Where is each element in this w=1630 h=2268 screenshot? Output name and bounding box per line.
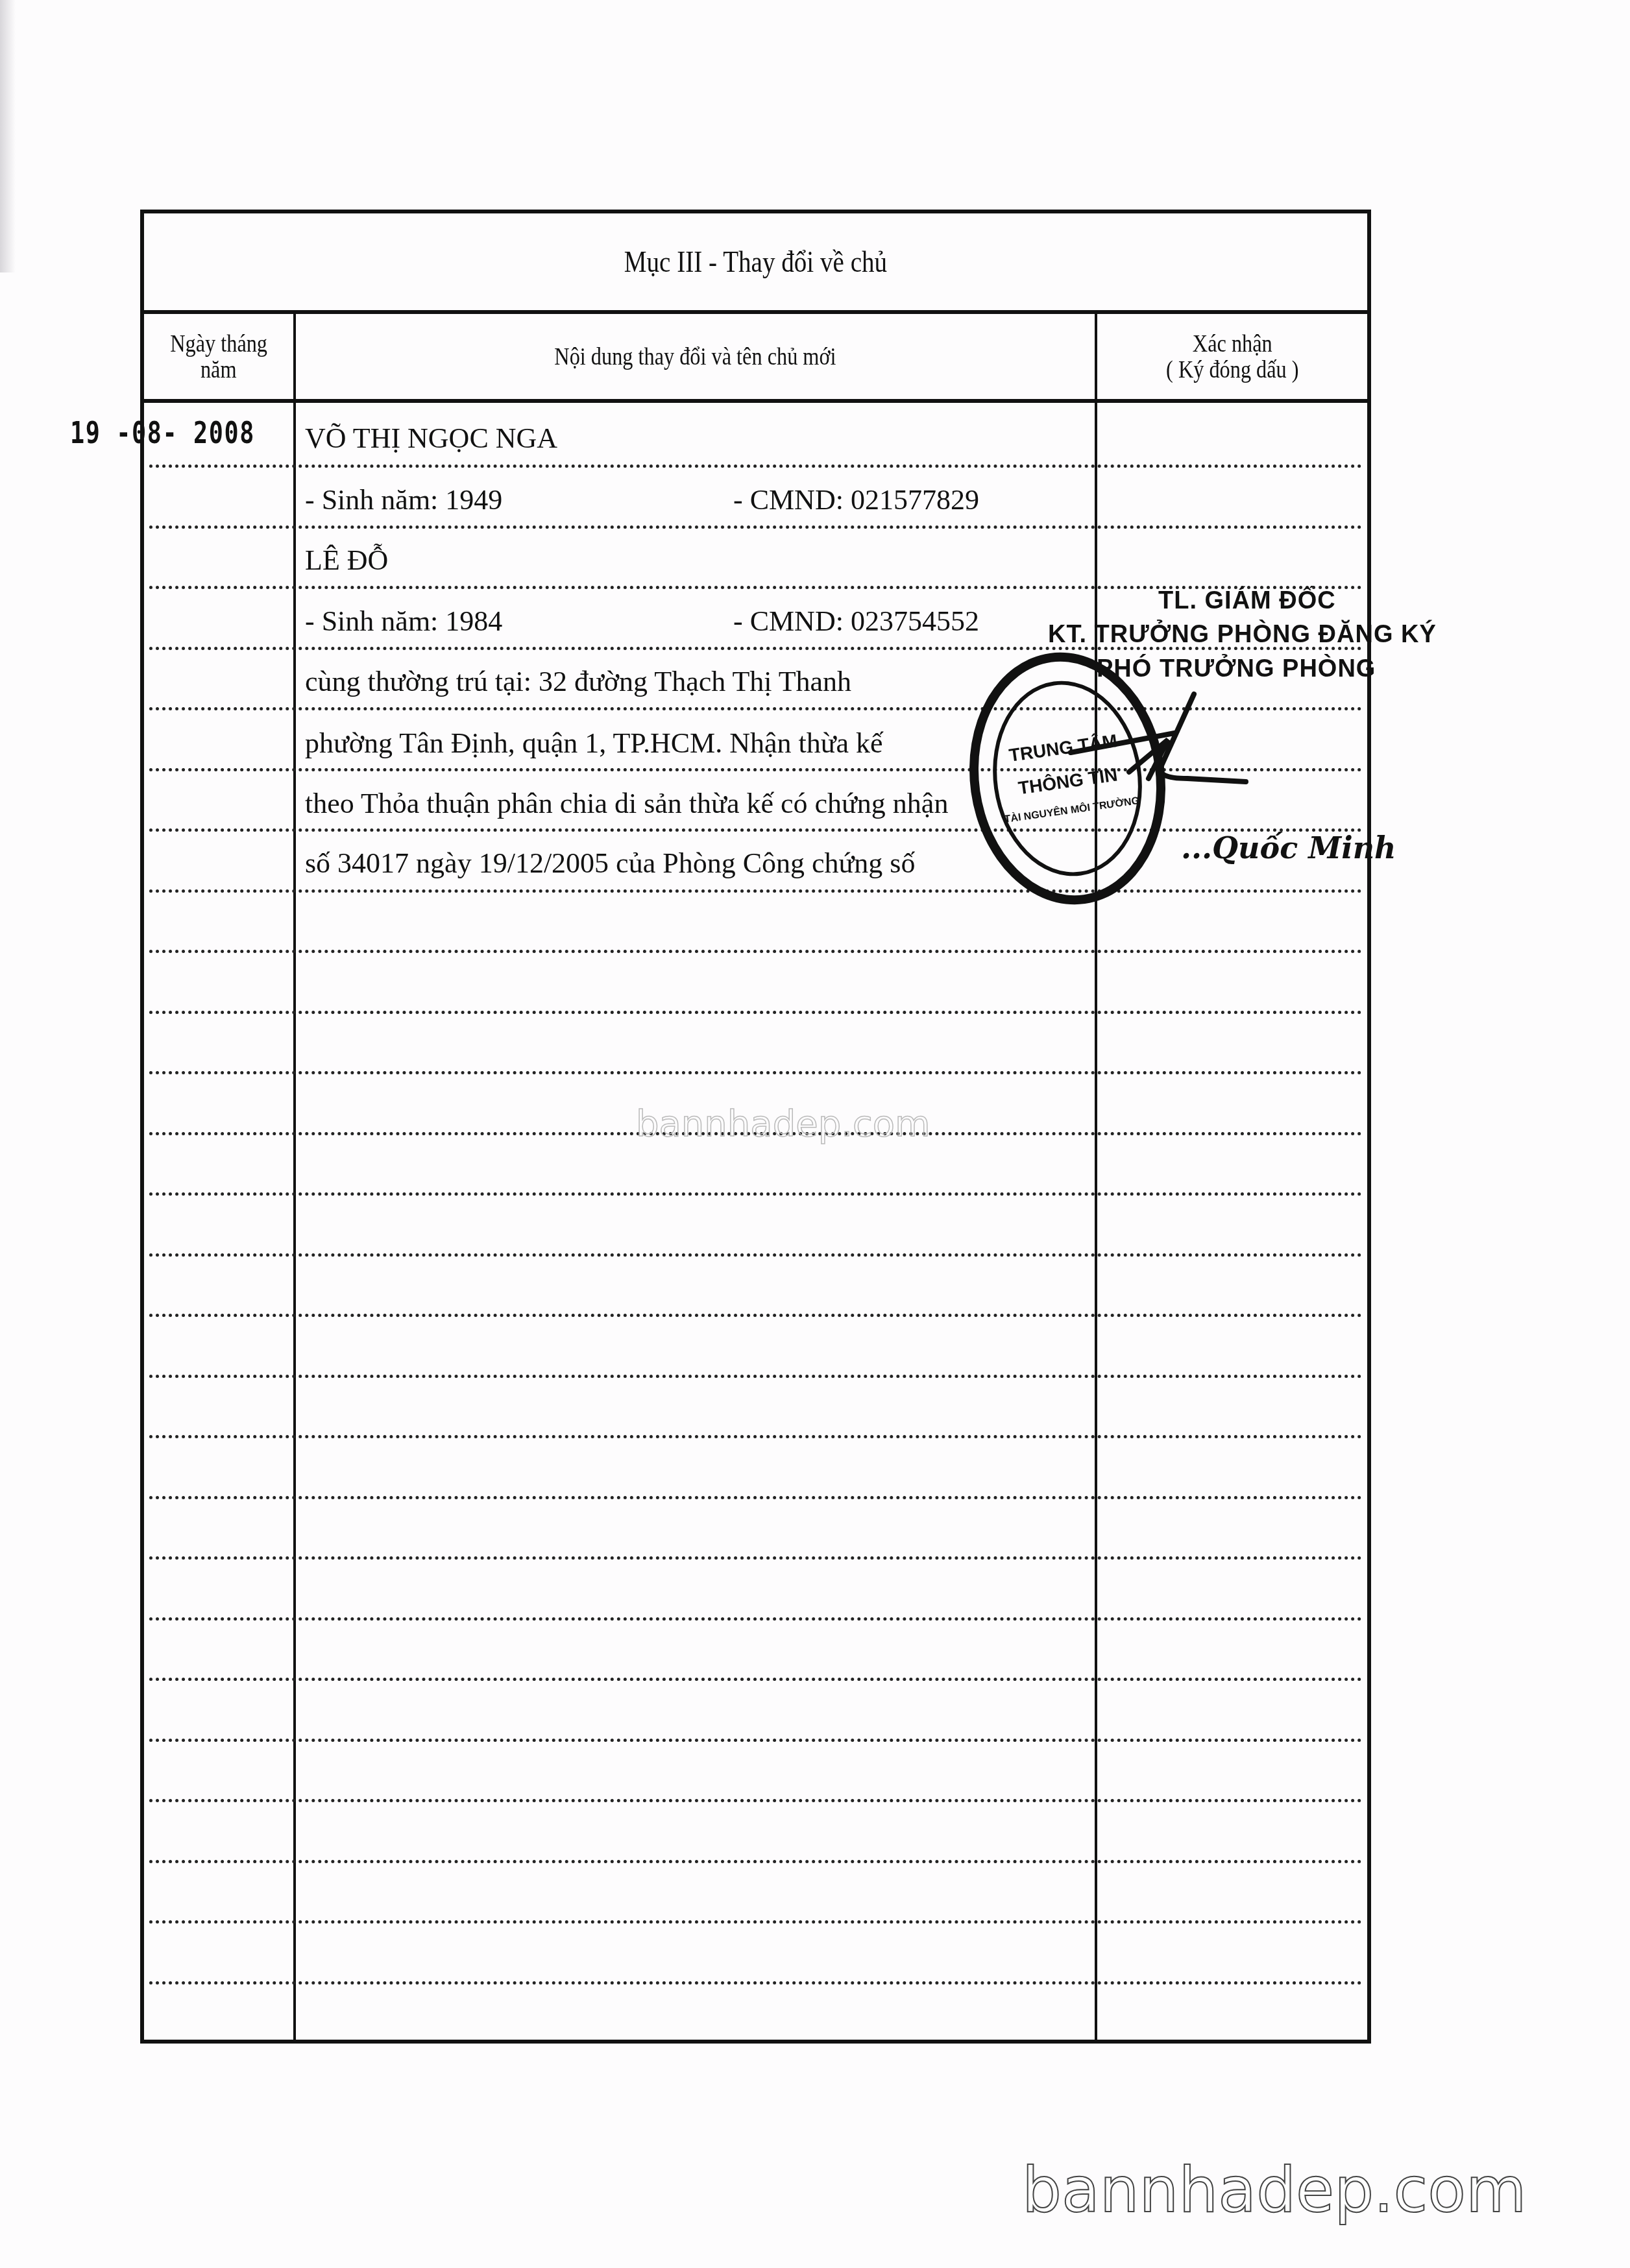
dotted-line (149, 1011, 1362, 1014)
header-confirm-line2: ( Ký đóng dấu ) (1166, 357, 1299, 383)
owner-name-2: LÊ ĐỖ (305, 544, 388, 577)
dotted-line (149, 1981, 1362, 1984)
inheritance-line-2: số 34017 ngày 19/12/2005 của Phòng Công … (305, 847, 915, 880)
scan-page-edge (0, 0, 16, 272)
dotted-line (149, 1678, 1362, 1681)
header-date-line2: năm (201, 357, 237, 383)
section-title: Mục III - Thay đổi về chủ (624, 245, 887, 279)
header-date: Ngày tháng năm (144, 314, 293, 399)
handwritten-signature (1058, 681, 1356, 785)
dotted-line (149, 889, 1362, 893)
dotted-line (149, 464, 1362, 468)
dotted-line (149, 1375, 1362, 1378)
dotted-line (149, 1314, 1362, 1317)
watermark-bottom: bannhadep.com (1022, 2154, 1527, 2226)
header-date-line1: Ngày tháng (170, 331, 267, 357)
dotted-line (149, 1496, 1362, 1499)
dotted-line (149, 1920, 1362, 1924)
dotted-line (149, 1617, 1362, 1621)
dotted-line (149, 1253, 1362, 1257)
address-line-2: phường Tân Định, quận 1, TP.HCM. Nhận th… (305, 727, 883, 760)
dotted-line (149, 1192, 1362, 1196)
owner-id-1: - CMND: 021577829 (733, 483, 979, 516)
signature-title-1: TL. GIÁM ĐỐC (1158, 587, 1336, 615)
dotted-line (149, 1071, 1362, 1074)
signature-title-3: PHÓ TRƯỞNG PHÒNG (1097, 655, 1376, 683)
owner-birth-1: - Sinh năm: 1949 (305, 483, 502, 516)
signer-name: ...Quốc Minh (1181, 830, 1396, 865)
section-title-row: Mục III - Thay đổi về chủ (144, 213, 1367, 314)
watermark-middle: bannhadep.com (636, 1103, 931, 1145)
owner-name-1: VÕ THỊ NGỌC NGA (305, 422, 557, 455)
dotted-line (149, 828, 1362, 832)
dotted-line (149, 1556, 1362, 1560)
dotted-line (149, 950, 1362, 953)
entry-date: 19 -08- 2008 (70, 415, 255, 450)
inheritance-line-1: theo Thỏa thuận phân chia di sản thừa kế… (305, 787, 948, 820)
dotted-line (149, 1739, 1362, 1742)
owner-birth-2: - Sinh năm: 1984 (305, 605, 502, 638)
header-content: Nội dung thay đổi và tên chủ mới (296, 314, 1095, 399)
address-line-1: cùng thường trú tại: 32 đường Thạch Thị … (305, 665, 851, 698)
header-confirm: Xác nhận ( Ký đóng dấu ) (1097, 314, 1367, 399)
signature-title-2: KT. TRƯỞNG PHÒNG ĐĂNG KÝ (1048, 621, 1437, 649)
owner-id-2: - CMND: 023754552 (733, 605, 979, 638)
dotted-line (149, 1435, 1362, 1438)
dotted-line (149, 1799, 1362, 1802)
header-confirm-line1: Xác nhận (1193, 331, 1272, 357)
dotted-line (149, 525, 1362, 529)
dotted-line (149, 1860, 1362, 1863)
header-content-label: Nội dung thay đổi và tên chủ mới (554, 344, 836, 370)
